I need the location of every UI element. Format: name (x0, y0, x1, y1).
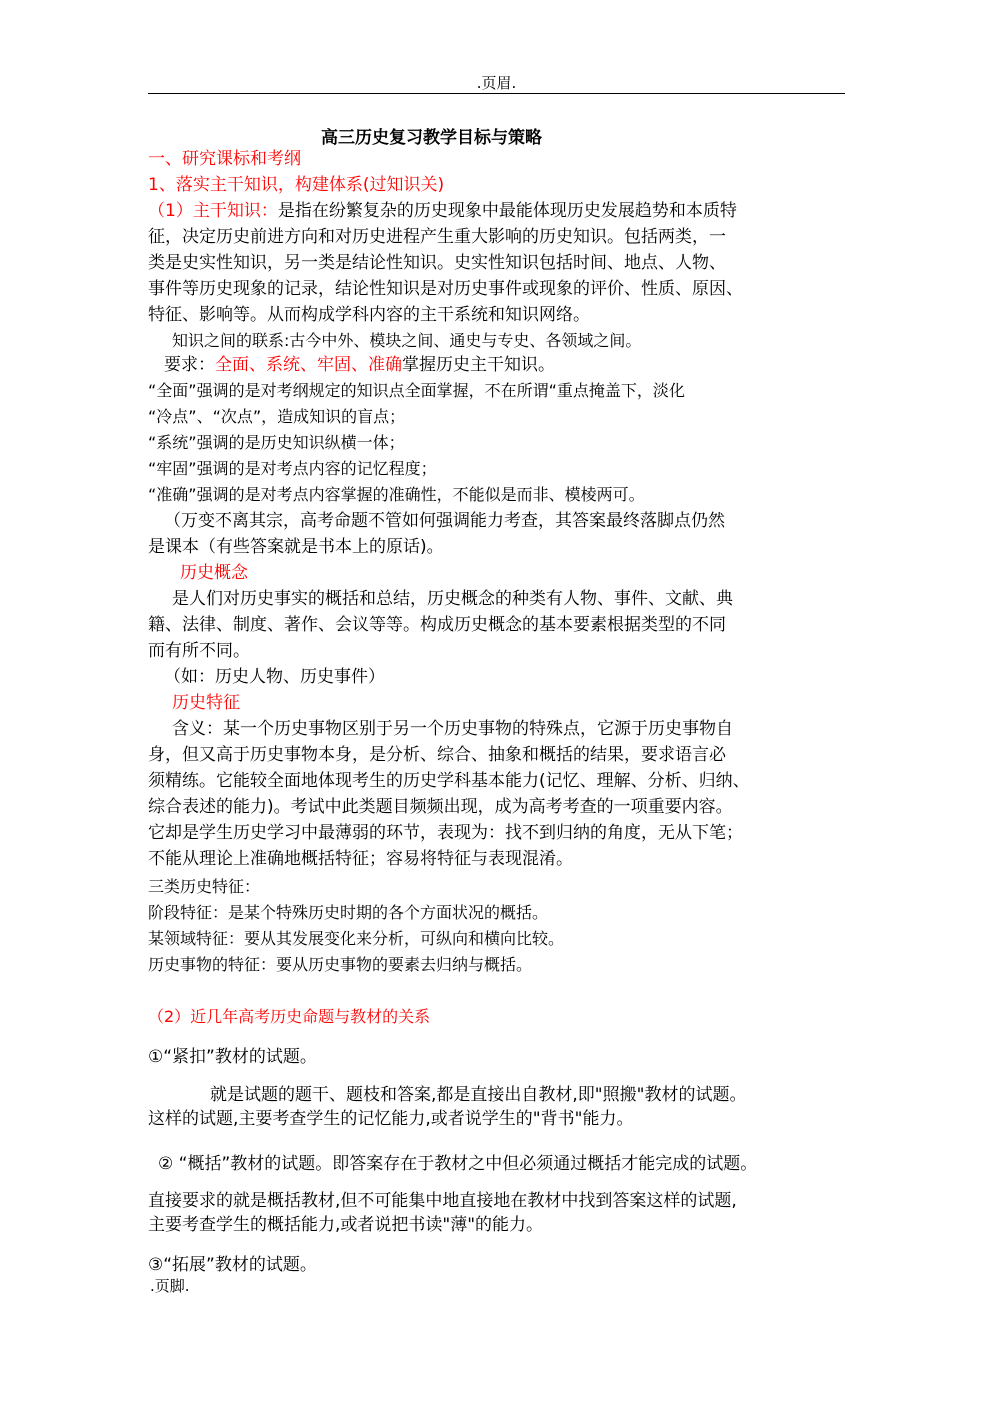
feature-line: 它却是学生历史学习中最薄弱的环节，表现为：找不到归纳的角度，无从下笔； (148, 822, 743, 844)
concept-heading: 历史概念 (180, 562, 248, 584)
paragraph-line: 特征、影响等。从而构成学科内容的主干系统和知识网络。 (148, 304, 590, 326)
item-title: ①“紧扣”教材的试题。 (148, 1046, 317, 1068)
concept-line: 而有所不同。 (148, 640, 250, 662)
header-rule (148, 93, 845, 94)
explanation-line: “系统”强调的是历史知识纵横一体； (148, 432, 405, 454)
feature-type: 阶段特征：是某个特殊历史时期的各个方面状况的概括。 (148, 902, 548, 924)
explanation-line: （万变不离其宗，高考命题不管如何强调能力考查，其答案最终落脚点仍然 (164, 510, 725, 532)
section-heading-2: （2）近几年高考历史命题与教材的关系 (148, 1006, 430, 1028)
concept-line: 籍、法律、制度、著作、会议等等。构成历史概念的基本要素根据类型的不同 (148, 614, 726, 636)
paragraph-line: 事件等历史现象的记录，结论性知识是对历史事件或现象的评价、性质、原因、 (148, 278, 743, 300)
item-title: ③“拓展”教材的试题。 (148, 1254, 317, 1276)
paragraph-line: 征，决定历史前进方向和对历史进程产生重大影响的历史知识。包括两类，一 (148, 226, 726, 248)
section-heading-1: 一、研究课标和考纲 (148, 148, 301, 170)
feature-types-intro: 三类历史特征： (148, 876, 260, 898)
concept-line: （如：历史人物、历史事件） (164, 666, 385, 688)
feature-line: 身，但又高于历史事物本身，是分析、综合、抽象和概括的结果，要求语言必 (148, 744, 726, 766)
feature-line: 须精练。它能较全面地体现考生的历史学科基本能力(记忆、理解、分析、归纳、 (148, 770, 750, 792)
feature-type: 历史事物的特征：要从历史事物的要素去归纳与概括。 (148, 954, 532, 976)
page-footer: .页脚. (150, 1275, 190, 1296)
main-knowledge-label: （1）主干知识： (148, 201, 278, 221)
text-span: 要求： (164, 355, 215, 375)
feature-line: 不能从理论上准确地概括特征；容易将特征与表现混淆。 (148, 848, 573, 870)
explanation-line: “冷点”、“次点”，造成知识的盲点； (148, 406, 405, 428)
title-text: 高三历史复习教学目标与策略 (321, 128, 542, 148)
feature-type: 某领域特征：要从其发展变化来分析，可纵向和横向比较。 (148, 928, 564, 950)
item-line: 就是试题的题干、题枝和答案,都是直接出自教材,即"照搬"教材的试题。 (210, 1084, 746, 1106)
text-span: 掌握历史主干知识。 (402, 355, 555, 375)
text-span: 是指在纷繁复杂的历史现象中最能体现历史发展趋势和本质特 (278, 201, 737, 221)
document-title: 高三历史复习教学目标与策略 (0, 123, 993, 148)
subsection-heading-1: 1、落实主干知识，构建体系(过知识关) (148, 174, 444, 196)
paragraph-line: （1）主干知识：是指在纷繁复杂的历史现象中最能体现历史发展趋势和本质特 (148, 200, 737, 222)
item-title: ② “概括”教材的试题。即答案存在于教材之中但必须通过概括才能完成的试题。 (158, 1153, 757, 1175)
page-header: .页眉. (0, 72, 993, 93)
explanation-line: 是课本（有些答案就是书本上的原话)。 (148, 536, 444, 558)
explanation-line: “全面”强调的是对考纲规定的知识点全面掌握，不在所谓“重点掩盖下，淡化 (148, 380, 685, 402)
item-line: 主要考查学生的概括能力,或者说把书读"薄"的能力。 (148, 1214, 543, 1236)
item-line: 直接要求的就是概括教材,但不可能集中地直接地在教材中找到答案这样的试题, (148, 1190, 737, 1212)
requirement-highlight: 全面、系统、牢固、准确 (215, 355, 402, 375)
explanation-line: “准确”强调的是对考点内容掌握的准确性，不能似是而非、模棱两可。 (148, 484, 645, 506)
explanation-line: “牢固”强调的是对考点内容的记忆程度； (148, 458, 437, 480)
relations-line: 知识之间的联系:古今中外、模块之间、通史与专史、各领域之间。 (172, 330, 641, 352)
concept-line: 是人们对历史事实的概括和总结，历史概念的种类有人物、事件、文献、典 (172, 588, 733, 610)
paragraph-line: 类是史实性知识，另一类是结论性知识。史实性知识包括时间、地点、人物、 (148, 252, 726, 274)
feature-line: 综合表述的能力)。考试中此类题目频频出现，成为高考考查的一项重要内容。 (148, 796, 733, 818)
requirement-line: 要求：全面、系统、牢固、准确掌握历史主干知识。 (164, 354, 555, 376)
feature-heading: 历史特征 (172, 692, 240, 714)
feature-line: 含义：某一个历史事物区别于另一个历史事物的特殊点，它源于历史事物自 (172, 718, 733, 740)
item-line: 这样的试题,主要考查学生的记忆能力,或者说学生的"背书"能力。 (148, 1108, 633, 1130)
